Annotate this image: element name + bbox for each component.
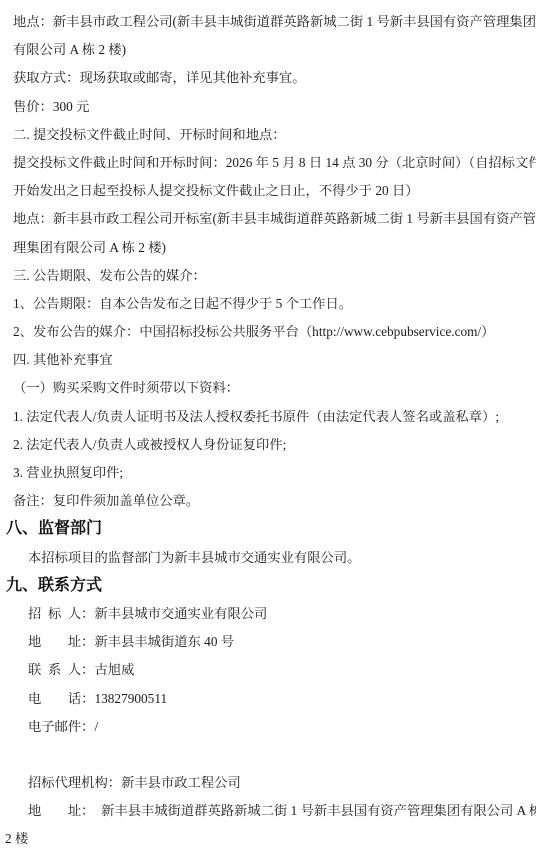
open-bid-location-line-1: 地点：新丰县市政工程公司开标室(新丰县丰城街道群英路新城二街 1 号新丰县国有资… [0, 205, 536, 233]
section-8-heading: 八、监督部门 [0, 515, 536, 543]
section-9-heading: 九、联系方式 [0, 572, 536, 600]
materials-intro-line: （一）购买采购文件时须带以下资料： [0, 374, 536, 402]
obtain-method-line: 获取方式：现场获取或邮寄，详见其他补充事宜。 [0, 64, 536, 92]
agency-line: 招标代理机构：新丰县市政工程公司 [0, 769, 536, 797]
price-line: 售价：300 元 [0, 93, 536, 121]
material-3-line: 3. 营业执照复印件; [0, 459, 536, 487]
note-line: 备注：复印件须加盖单位公章。 [0, 487, 536, 515]
deadline-line-1: 提交投标文件截止时间和开标时间：2026 年 5 月 8 日 14 点 30 分… [0, 149, 536, 177]
section-4-heading-line: 四. 其他补充事宜 [0, 346, 536, 374]
agency-address-line-2: 2 楼 [0, 825, 536, 853]
material-1-line: 1. 法定代表人/负责人证明书及法人授权委托书原件（由法定代表人签名或盖私章）; [0, 403, 536, 431]
deadline-line-2: 开始发出之日起至投标人提交投标文件截止之日止，不得少于 20 日） [0, 177, 536, 205]
phone-line: 电 话：13827900511 [0, 685, 536, 713]
section-2-heading-line: 二. 提交投标文件截止时间、开标时间和地点： [0, 121, 536, 149]
bid-doc-location-line-1: 地点：新丰县市政工程公司(新丰县丰城街道群英路新城二街 1 号新丰县国有资产管理… [0, 8, 536, 36]
tenderer-line: 招 标 人：新丰县城市交通实业有限公司 [0, 600, 536, 628]
bid-doc-location-line-2: 有限公司 A 栋 2 楼) [0, 36, 536, 64]
email-line: 电子邮件：/ [0, 713, 536, 741]
blank-spacer [0, 741, 536, 769]
section-3-heading-line: 三. 公告期限、发布公告的媒介： [0, 262, 536, 290]
agency-address-line-1: 地 址： 新丰县丰城街道群英路新城二街 1 号新丰县国有资产管理集团有限公司 A… [0, 797, 536, 825]
contact-person-line: 联 系 人：古旭威 [0, 656, 536, 684]
announcement-media-line: 2、发布公告的媒介：中国招标投标公共服务平台（http://www.cebpub… [0, 318, 536, 346]
tender-announcement-page: 地点：新丰县市政工程公司(新丰县丰城街道群英路新城二街 1 号新丰县国有资产管理… [0, 0, 536, 857]
announcement-period-line: 1、公告期限：自本公告发布之日起不得少于 5 个工作日。 [0, 290, 536, 318]
open-bid-location-line-2: 理集团有限公司 A 栋 2 楼) [0, 234, 536, 262]
material-2-line: 2. 法定代表人/负责人或被授权人身份证复印件; [0, 431, 536, 459]
tenderer-address-line: 地 址：新丰县丰城街道东 40 号 [0, 628, 536, 656]
supervision-dept-line: 本招标项目的监督部门为新丰县城市交通实业有限公司。 [0, 544, 536, 572]
